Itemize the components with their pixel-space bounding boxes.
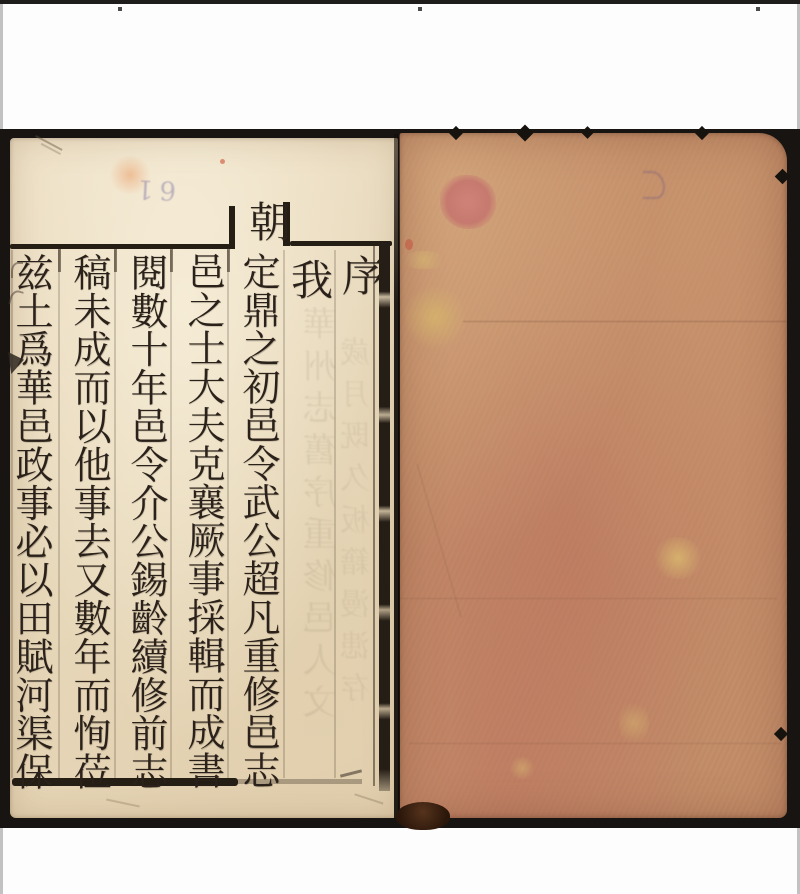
column-rule <box>170 250 172 778</box>
column-rule-stub <box>58 248 61 272</box>
frame-top-border <box>10 244 230 249</box>
book-scan: 華州志舊序重修邑人文 歲月既久板籍漫漶存 朝 序 我 定鼎之初邑令武公超凡重修邑… <box>0 0 800 894</box>
text-column-3: 定鼎之初邑令武公超凡重修邑志 <box>239 252 277 790</box>
column-rule-stub <box>170 248 173 272</box>
page-gutter <box>394 134 400 818</box>
frame-bottom-corner <box>340 769 362 777</box>
scratch <box>355 793 384 804</box>
raised-honorific-char: 朝 <box>237 200 297 242</box>
scratch <box>106 798 140 807</box>
edge-mark <box>11 262 23 278</box>
column-rule-stub <box>227 248 230 272</box>
column-rule <box>58 250 60 778</box>
column-rule <box>227 250 229 778</box>
faded-violet-mark <box>643 171 665 199</box>
crease-line <box>409 743 781 744</box>
scan-nick <box>756 7 760 11</box>
column-rule <box>334 250 336 778</box>
column-rule <box>114 250 116 778</box>
frame-right-border <box>379 242 390 791</box>
crease-line <box>463 321 787 322</box>
scan-margin-bottom <box>0 828 800 894</box>
frame-notch-left <box>229 206 235 249</box>
text-column-7: 兹土爲華邑政事必以田賦河渠保 <box>12 253 50 791</box>
preface-page: 華州志舊序重修邑人文 歲月既久板籍漫漶存 朝 序 我 定鼎之初邑令武公超凡重修邑… <box>10 138 398 818</box>
pink-stain <box>440 175 496 229</box>
text-column-5: 閱數十年邑令介公錫齡續修前志 <box>127 253 165 791</box>
pencil-mark: 61 <box>130 173 177 205</box>
yellow-stain <box>654 537 702 579</box>
red-speck <box>405 239 413 250</box>
column-rule-stub <box>114 248 117 272</box>
text-column-title: 序 <box>339 254 381 296</box>
scan-nick <box>118 7 122 11</box>
text-column-4: 邑之士大夫克襄厥事採輯而成書 <box>184 252 222 790</box>
edge-notch <box>774 727 788 741</box>
scan-edge-line <box>0 4 3 129</box>
binding-blob <box>396 802 450 830</box>
frame-right-inner-line <box>373 246 375 786</box>
scan-edge-line <box>0 828 3 894</box>
text-column-6: 稿未成而以他事去又數年而恂莅 <box>70 253 108 791</box>
yellow-stain <box>619 699 649 747</box>
column-rule <box>283 250 285 778</box>
yellow-stain <box>509 757 535 779</box>
frame-top-border <box>290 241 392 246</box>
yellow-stain <box>401 251 447 269</box>
diagonal-crease <box>417 463 462 617</box>
scan-margin-top <box>0 4 800 129</box>
bleedthrough-text: 歲月既久板籍漫漶存 <box>344 336 374 714</box>
red-speck <box>220 159 225 164</box>
scan-nick <box>418 7 422 11</box>
text-column-2: 我 <box>288 258 330 300</box>
yellow-stain <box>405 285 465 349</box>
cover-page <box>399 133 787 818</box>
